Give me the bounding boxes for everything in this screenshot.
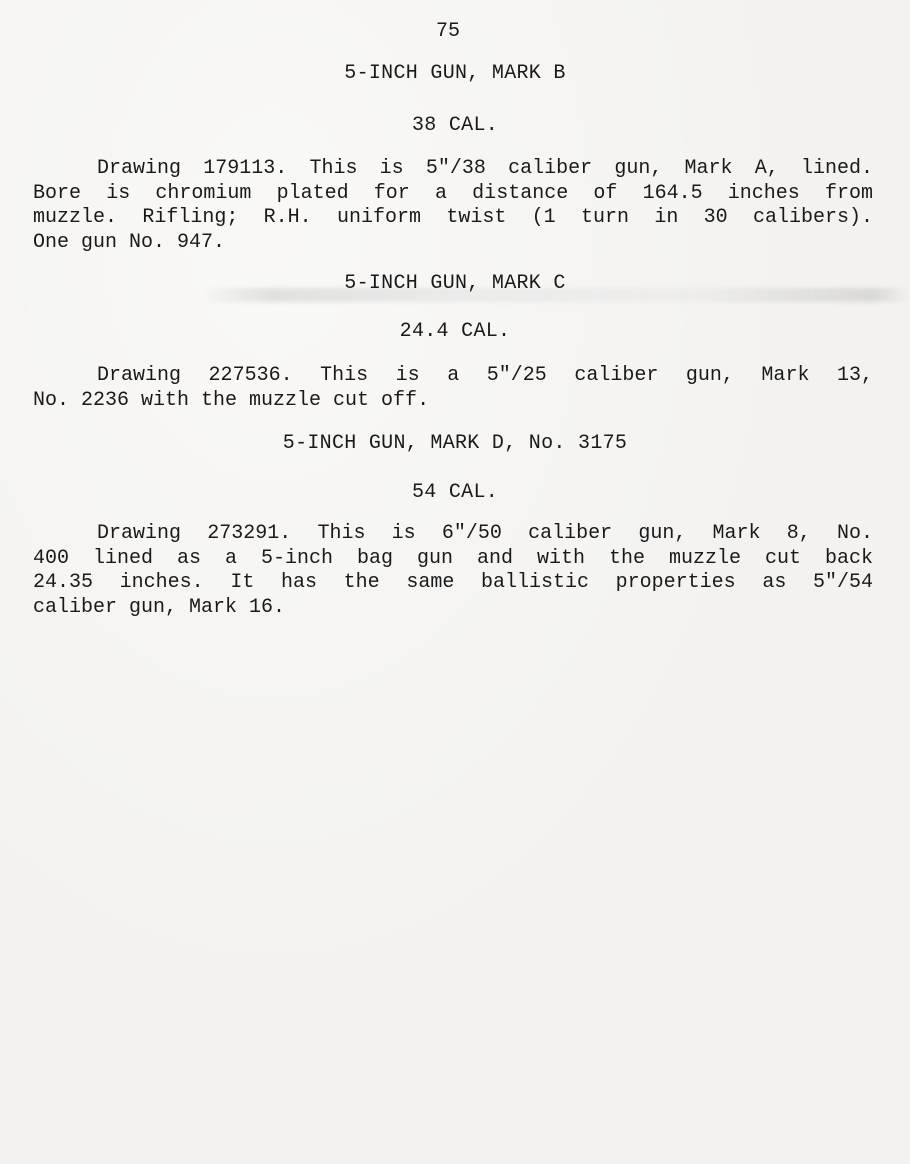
document-page: 75 5-INCH GUN, MARK B 38 CAL. Drawing 17… (0, 0, 910, 1164)
section-caliber-mark-b: 38 CAL. (0, 114, 910, 137)
section-paragraph-mark-c: Drawing 227536. This is a 5"/25 caliber … (33, 364, 873, 413)
paragraph-line: No. 2236 with the muzzle cut off. (33, 389, 873, 414)
paragraph-line: Drawing 227536. This is a 5"/25 caliber … (97, 364, 873, 387)
section-paragraph-mark-d: Drawing 273291. This is 6"/50 caliber gu… (33, 522, 873, 620)
section-title-mark-b: 5-INCH GUN, MARK B (0, 62, 910, 85)
paragraph-line: Bore is chromium plated for a distance o… (33, 182, 873, 207)
paragraph-line: muzzle. Rifling; R.H. uniform twist (1 t… (33, 206, 873, 231)
page-number: 75 (0, 20, 896, 43)
paragraph-line: 400 lined as a 5-inch bag gun and with t… (33, 547, 873, 572)
section-title-mark-c: 5-INCH GUN, MARK C (0, 272, 910, 295)
section-title-mark-d: 5-INCH GUN, MARK D, No. 3175 (0, 432, 910, 455)
paragraph-line: Drawing 179113. This is 5"/38 caliber gu… (97, 157, 873, 180)
paragraph-line: Drawing 273291. This is 6"/50 caliber gu… (97, 522, 873, 545)
paragraph-line: caliber gun, Mark 16. (33, 596, 873, 621)
paragraph-line: One gun No. 947. (33, 231, 873, 256)
section-caliber-mark-c: 24.4 CAL. (0, 320, 910, 343)
section-paragraph-mark-b: Drawing 179113. This is 5"/38 caliber gu… (33, 157, 873, 255)
paragraph-line: 24.35 inches. It has the same ballistic … (33, 571, 873, 596)
section-caliber-mark-d: 54 CAL. (0, 481, 910, 504)
